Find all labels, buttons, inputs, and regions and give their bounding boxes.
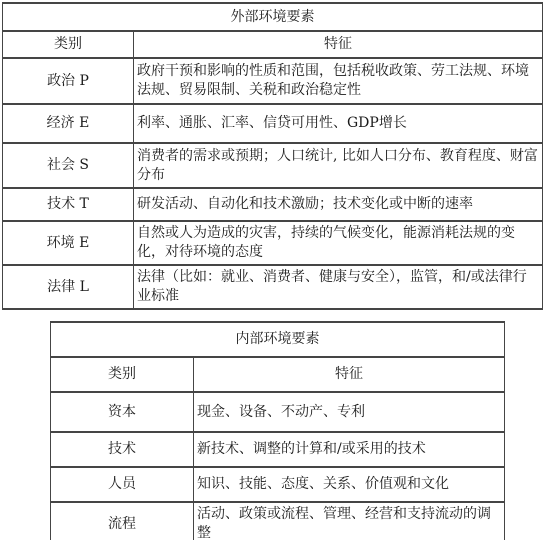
feature-cell: 消费者的需求或预期；人口统计, 比如人口分布、教育程度、财富分布: [134, 143, 543, 188]
feature-cell: 自然或人为造成的灾害，持续的气候变化，能源消耗法规的变化，对待环境的态度: [134, 221, 543, 265]
category-cell: 资本: [51, 392, 194, 432]
external-factors-table: 外部环境要素 类别 特征 政治 P 政府干预和影响的性质和范围，包括税收政策、劳…: [2, 2, 543, 310]
feature-cell: 利率、通胀、汇率、信贷可用性、GDP增长: [134, 104, 543, 143]
table-row: 经济 E 利率、通胀、汇率、信贷可用性、GDP增长: [3, 104, 543, 143]
table-row: 人员 知识、技能、态度、关系、价值观和文化: [51, 467, 505, 502]
table-row: 技术 新技术、调整的计算和/或采用的技术: [51, 432, 505, 467]
feature-cell: 政府干预和影响的性质和范围，包括税收政策、劳工法规、环境法规、贸易限制、关税和政…: [134, 58, 543, 104]
category-cell: 人员: [51, 467, 194, 502]
feature-cell: 活动、政策或流程、管理、经营和支持流动的调整: [194, 502, 505, 540]
table-row: 社会 S 消费者的需求或预期；人口统计, 比如人口分布、教育程度、财富分布: [3, 143, 543, 188]
feature-cell: 法律（比如：就业、消费者、健康与安全），监管，和/或法律行业标准: [134, 265, 543, 309]
category-cell: 社会 S: [3, 143, 134, 188]
category-cell: 法律 L: [3, 265, 134, 309]
table-row: 外部环境要素: [3, 3, 543, 31]
table-title: 外部环境要素: [3, 3, 543, 31]
category-cell: 流程: [51, 502, 194, 540]
table-row: 环境 E 自然或人为造成的灾害，持续的气候变化，能源消耗法规的变化，对待环境的态…: [3, 221, 543, 265]
column-header-category: 类别: [51, 357, 194, 392]
column-header-category: 类别: [3, 31, 134, 58]
table-title: 内部环境要素: [51, 322, 505, 357]
feature-cell: 新技术、调整的计算和/或采用的技术: [194, 432, 505, 467]
category-cell: 技术: [51, 432, 194, 467]
table-row: 法律 L 法律（比如：就业、消费者、健康与安全），监管，和/或法律行业标准: [3, 265, 543, 309]
feature-cell: 现金、设备、不动产、专利: [194, 392, 505, 432]
category-cell: 政治 P: [3, 58, 134, 104]
feature-cell: 知识、技能、态度、关系、价值观和文化: [194, 467, 505, 502]
table-row: 流程 活动、政策或流程、管理、经营和支持流动的调整: [51, 502, 505, 540]
document-page: 外部环境要素 类别 特征 政治 P 政府干预和影响的性质和范围，包括税收政策、劳…: [0, 2, 547, 540]
internal-factors-table: 内部环境要素 类别 特征 资本 现金、设备、不动产、专利 技术 新技术、调整的计…: [50, 321, 505, 540]
column-header-feature: 特征: [134, 31, 543, 58]
table-row: 类别 特征: [51, 357, 505, 392]
table-row: 内部环境要素: [51, 322, 505, 357]
feature-cell: 研发活动、自动化和技术激励；技术变化或中断的速率: [134, 188, 543, 221]
table-row: 类别 特征: [3, 31, 543, 58]
table-row: 资本 现金、设备、不动产、专利: [51, 392, 505, 432]
table-row: 技术 T 研发活动、自动化和技术激励；技术变化或中断的速率: [3, 188, 543, 221]
category-cell: 环境 E: [3, 221, 134, 265]
table-row: 政治 P 政府干预和影响的性质和范围，包括税收政策、劳工法规、环境法规、贸易限制…: [3, 58, 543, 104]
column-header-feature: 特征: [194, 357, 505, 392]
category-cell: 经济 E: [3, 104, 134, 143]
category-cell: 技术 T: [3, 188, 134, 221]
